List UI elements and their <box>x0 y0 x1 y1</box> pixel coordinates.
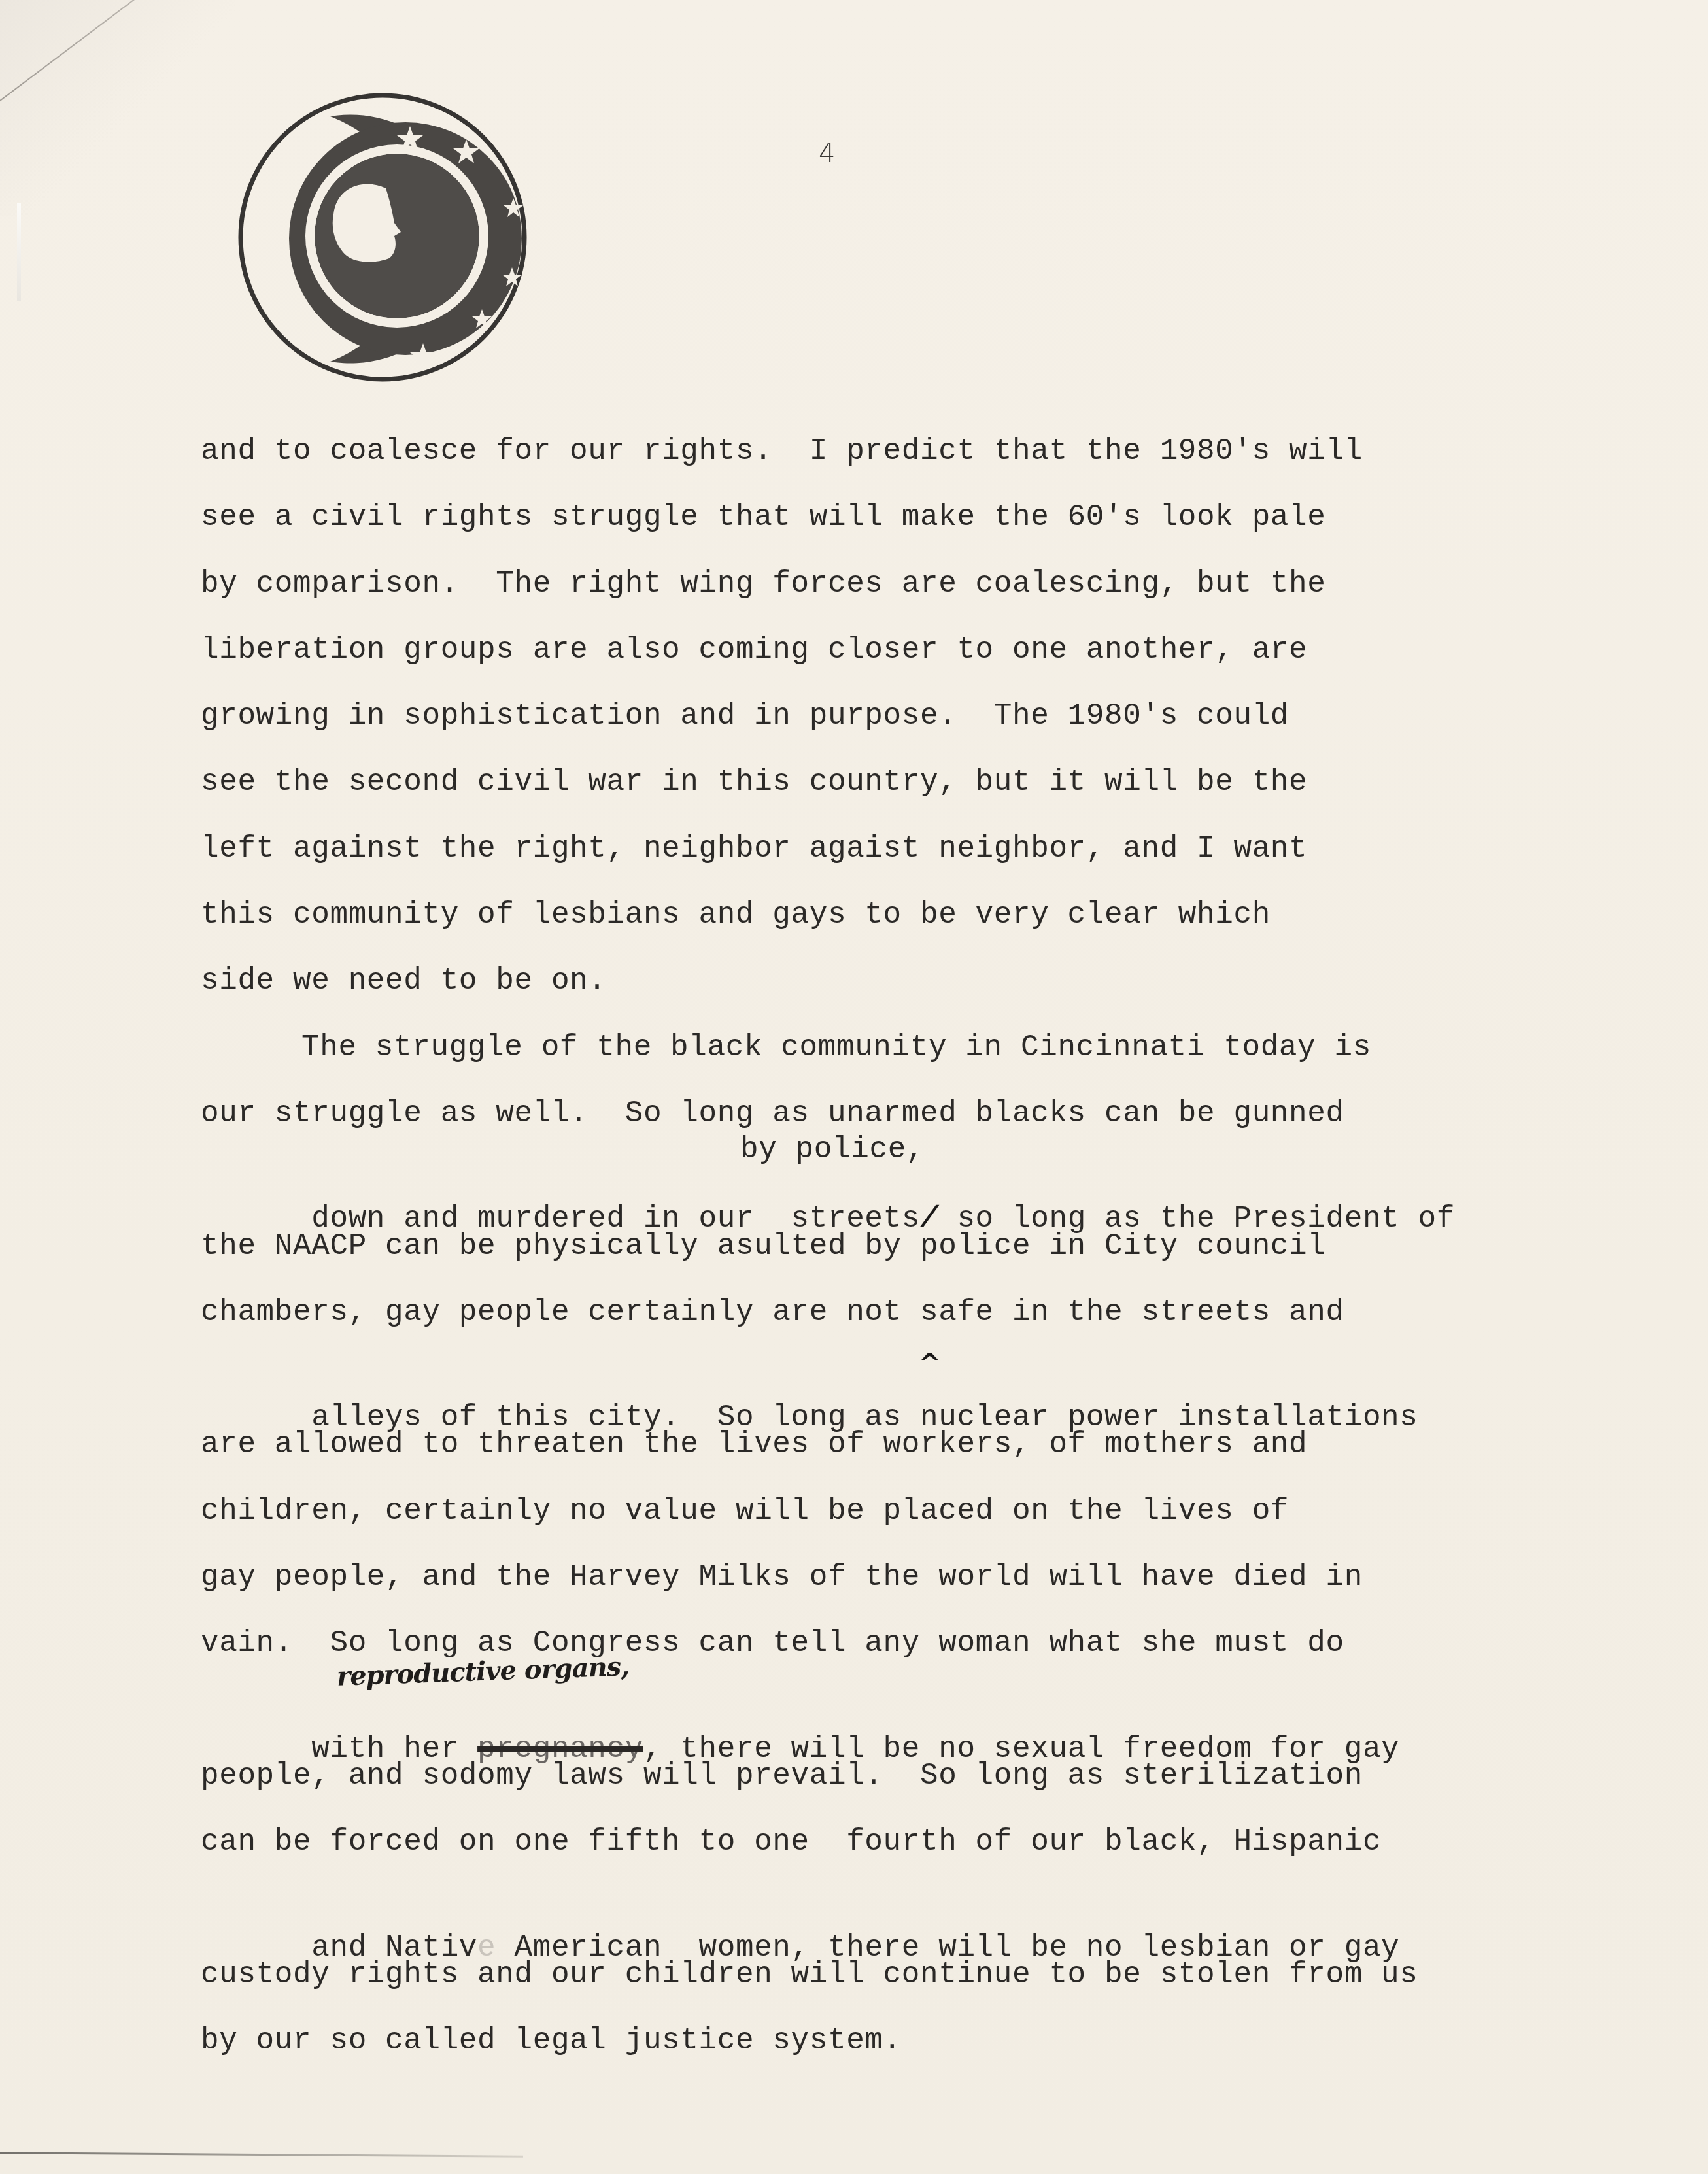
text-line: growing in sophistication and in purpose… <box>201 696 1574 762</box>
text-line: can be forced on one fifth to one fourth… <box>201 1822 1574 1888</box>
paragraph-start-line: The struggle of the black community in C… <box>201 1028 1574 1094</box>
text-line-with-insertion: by police,down and murdered in our stree… <box>201 1160 1574 1226</box>
folded-corner-shadow <box>0 0 235 216</box>
text-line: see a civil rights struggle that will ma… <box>201 498 1574 564</box>
caret-correction-mark: ^ <box>919 1344 941 1384</box>
text-line: gay people, and the Harvey Milks of the … <box>201 1557 1574 1623</box>
page-number: 4 <box>819 139 835 169</box>
text-line-with-handwritten-edit: reproductive organs,with her pregnancy, … <box>201 1690 1574 1756</box>
text-line-with-caret: ^alleys of this city. So long as nuclear… <box>201 1359 1574 1425</box>
text-line: this community of lesbians and gays to b… <box>201 895 1574 961</box>
text-line: custody rights and our children will con… <box>201 1955 1574 2021</box>
typed-body-text: and to coalesce for our rights. I predic… <box>201 432 1574 2087</box>
text-line: the NAACP can be physically asulted by p… <box>201 1227 1574 1293</box>
text-line: see the second civil war in this country… <box>201 762 1574 828</box>
staple-mark <box>17 203 21 301</box>
text-line: liberation groups are also coming closer… <box>201 630 1574 696</box>
text-line: side we need to be on. <box>201 961 1574 1027</box>
text-line: chambers, gay people certainly are not s… <box>201 1293 1574 1359</box>
text-line: are allowed to threaten the lives of wor… <box>201 1425 1574 1491</box>
typed-insertion: by police, <box>740 1130 925 1169</box>
text-line: by our so called legal justice system. <box>201 2021 1574 2087</box>
document-page: 4 and to coalesce for our rights. I pred… <box>0 0 1708 2174</box>
crescent-moon-logo-icon <box>232 87 533 388</box>
bottom-edge-shadow <box>0 2152 523 2158</box>
text-line: by comparison. The right wing forces are… <box>201 564 1574 630</box>
text-line: and Native American women, there will be… <box>201 1889 1574 1955</box>
text-line: left against the right, neighbor agaist … <box>201 829 1574 895</box>
text-line: children, certainly no value will be pla… <box>201 1491 1574 1557</box>
text-line: and to coalesce for our rights. I predic… <box>201 432 1574 498</box>
text-line: people, and sodomy laws will prevail. So… <box>201 1756 1574 1822</box>
